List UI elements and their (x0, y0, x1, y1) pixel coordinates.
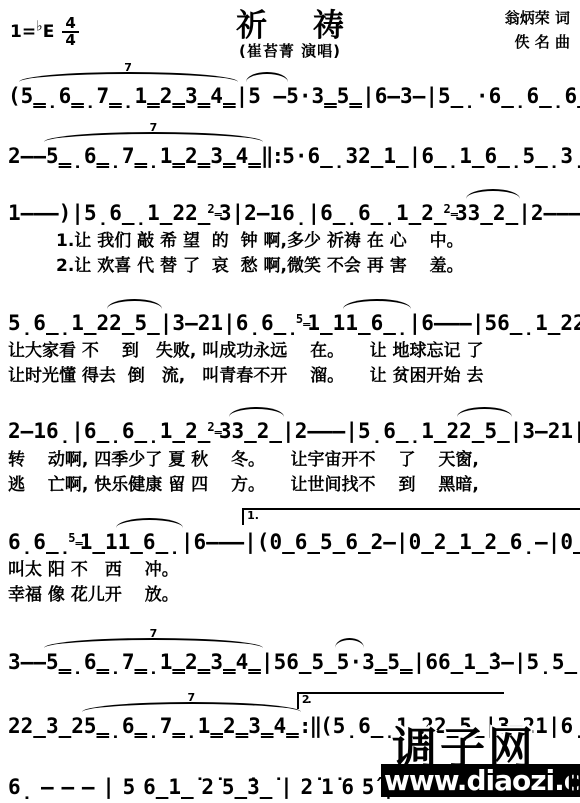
token-text: 0̲6̲ (269, 530, 320, 554)
note-token: ( (257, 528, 270, 556)
token-text: 5̲̣· (438, 84, 489, 108)
note-token: – (33, 648, 46, 676)
note-token: 6 (194, 528, 207, 556)
note-token: 3̳5̳ (311, 82, 362, 110)
token-text: 2 (71, 714, 84, 738)
note-token: 2 (447, 417, 460, 445)
barline: | (409, 309, 422, 337)
token-text: 2 (8, 144, 21, 168)
note-token: 6̲̣ (489, 82, 527, 110)
note-token: 6̣ (282, 199, 307, 227)
song-subtitle: (崔苔菁 演唱) (0, 40, 580, 61)
note-token: 6̣ (8, 773, 33, 801)
token-text: 2 (8, 714, 21, 738)
token-text: 3 (455, 201, 468, 225)
token-text: ‖: (261, 144, 282, 168)
note-token: 2 (8, 417, 21, 445)
notes-row: 1–––)|5̣6̲̣1̲22̲2̳3|2–16̣|6̲̣6̲̣1̲2̲2̳33… (0, 195, 580, 229)
slur-arc (457, 407, 512, 417)
system-3: 1–––)|5̣6̲̣1̲22̲2̳3|2–16̣|6̲̣6̲̣1̲2̲2̳33… (0, 195, 580, 279)
note-token: – (82, 773, 95, 801)
note-token: 6̲̣1̲ (383, 417, 446, 445)
note-token: – (569, 199, 580, 227)
slur-arc (246, 72, 288, 82)
token-text: ) (59, 201, 72, 225)
token-text: 2 (295, 419, 308, 443)
barline: | (280, 773, 293, 801)
token-text: 6̲̣ (261, 311, 299, 335)
token-text: – (307, 419, 320, 443)
token-text: 5· (286, 84, 311, 108)
note-token: 6̲̣ (261, 309, 299, 337)
note-token: 5 (123, 773, 136, 801)
note-token: 2̲3̲ (21, 712, 72, 740)
token-text: 2 (531, 201, 544, 225)
token-text: 6̲̣5̲̣ (485, 144, 561, 168)
token-text: 1̲2̲ (160, 419, 211, 443)
token-text: – (434, 311, 447, 335)
system-4: 5̣6̲̣1̲22̲5̲|3–21|6̣6̲̣5̳1̲11̲6̲̣|6–––|5… (0, 305, 580, 389)
note-token: – (434, 309, 447, 337)
token-text: 5̲̣6̲̣ (552, 650, 580, 674)
note-token: 1 (33, 417, 46, 445)
token-text: 1̇ (321, 775, 334, 799)
lyric-line: 让时光懂 得去 倒 流, 叫青春不开 溜。 让 贫困开始 去 (0, 364, 580, 389)
note-token: 1 (105, 528, 118, 556)
token-text: – (383, 530, 396, 554)
token-text: 3 (219, 201, 232, 225)
note-token: 5̣ (8, 309, 33, 337)
token-text: 6̲̣6̲̣ (320, 201, 396, 225)
note-token: – (501, 648, 514, 676)
token-text: 1̲ (307, 311, 332, 335)
token-text: 6̲̣1̲ (421, 144, 484, 168)
token-text: 1 (33, 419, 46, 443)
system-6: 6̣6̲̣5̳1̲11̲6̲̣|6–––|1.(0̲6̲5̲6̲2–|0̲2̲1… (0, 524, 580, 608)
note-token: – (33, 142, 46, 170)
token-text: – (544, 201, 557, 225)
note-token: 2 (71, 712, 84, 740)
header: 1=♭E44 祈祷 (崔苔菁 演唱) 翁炳荣 词 佚 名 曲 (0, 0, 580, 64)
token-text: 1 (535, 714, 548, 738)
token-text: 6 (341, 775, 354, 799)
watermark-site-url: www.diaozi.com (381, 764, 580, 797)
note-token: 5̳̣6̳̣7̳̣1̳2̳3̳4̳7 (84, 712, 299, 740)
token-text: – (219, 530, 232, 554)
token-text: – (535, 530, 548, 554)
token-text: – (33, 650, 46, 674)
barline: | (71, 199, 84, 227)
note-token: 1̲6̲̣ (345, 309, 408, 337)
token-text: – (21, 144, 34, 168)
note-token: ( (8, 82, 21, 110)
barline: | (307, 199, 320, 227)
token-text: 6 (194, 530, 207, 554)
note-token: 2 (295, 417, 308, 445)
note-token: 2̲ (573, 309, 580, 337)
token-text: 3 (172, 311, 185, 335)
slur-arc (343, 299, 410, 309)
note-token: 3 (172, 309, 185, 337)
note-token: 0̲6̲ (560, 528, 580, 556)
token-text: – (185, 311, 198, 335)
note-token: 2̲5̲ (109, 309, 160, 337)
tuplet-number: 7 (150, 627, 158, 642)
notes-row: 6̣6̲̣5̳1̲11̲6̲̣|6–––|1.(0̲6̲5̲6̲2–|0̲2̲1… (0, 524, 580, 558)
token-text: | (510, 419, 523, 443)
note-token: – (33, 199, 46, 227)
tuplet-number: 7 (188, 691, 196, 706)
note-token: 6̣ (560, 712, 580, 740)
note-token: 2 (8, 712, 21, 740)
notes-row: 2–16̣|6̲̣6̲̣1̲2̲2̳33̲2̲|2–––|5̣6̲̣1̲22̲5… (0, 413, 580, 447)
token-text: 6̣ (236, 311, 261, 335)
sheet-music-page: 1=♭E44 祈祷 (崔苔菁 演唱) 翁炳荣 词 佚 名 曲 (5̳̣6̳̣7̳… (0, 0, 580, 803)
token-text: 3̳5̳ (362, 650, 413, 674)
note-token: – (41, 773, 54, 801)
note-token: ( (320, 712, 333, 740)
note-token: 6̲̣6̲̣ (527, 82, 580, 110)
token-text: 5̳̣6̳̣7̳̣1̳2̳3̳4̳ (46, 650, 261, 674)
token-text: 1̲6̲̣ (118, 530, 181, 554)
token-text: 3 (8, 650, 21, 674)
volta-label: 2. (302, 693, 310, 708)
token-text: 5̳̣6̳̣7̳̣1̳2̳3̳4̳ (21, 84, 236, 108)
system-2: 2––5̳̣6̳̣7̳̣1̳2̳3̳4̳7‖:5·6̲̣32̲1̲|6̲̣1̲6… (0, 138, 580, 172)
note-token: 1 (269, 199, 282, 227)
barline: | (232, 199, 245, 227)
token-text: | (472, 311, 485, 335)
token-text: – (501, 650, 514, 674)
token-text: 3̣ (560, 144, 580, 168)
barline: | (472, 309, 485, 337)
token-text: 2 (447, 419, 460, 443)
token-text: ( (8, 84, 21, 108)
note-token: 0̲2̲ (409, 528, 460, 556)
note-token: – (61, 773, 74, 801)
token-text: 5̳̣6̳̣7̳̣1̳2̳3̳4̳ (46, 144, 261, 168)
note-token: 1̲6̲̣ (118, 528, 181, 556)
note-token: 3 (8, 648, 21, 676)
note-token: 3 (455, 199, 468, 227)
note-token: – (387, 82, 400, 110)
note-token: 6̲5̲ (286, 648, 337, 676)
lyric-line: 1.让 我们 敲 希 望 的 钟 啊,多少 祈祷 在 心 中。 (0, 229, 580, 254)
note-token: – (46, 199, 59, 227)
token-text: 1 (560, 419, 573, 443)
note-token: – (206, 528, 219, 556)
barline: | (409, 142, 422, 170)
token-text: 1 (210, 311, 223, 335)
token-text: | (71, 201, 84, 225)
note-token: 5̳̣6̳̣7̳̣1̳2̳3̳4̳7 (46, 142, 261, 170)
note-token: 5̲6̲ (320, 528, 371, 556)
note-token: 2 (244, 199, 257, 227)
token-text: | (282, 419, 295, 443)
barline: | (396, 528, 409, 556)
volta-label: 1. (247, 509, 259, 524)
token-text: 6̲1̲̇ (143, 775, 194, 799)
token-text: 2 (8, 419, 21, 443)
token-text: 3̲2̲ (231, 419, 282, 443)
token-text: | (244, 530, 257, 554)
token-text: | (232, 201, 245, 225)
note-token: 2 (97, 309, 110, 337)
token-text: 6̲̣1̲ (33, 311, 96, 335)
note-token: 2 (560, 309, 573, 337)
note-token: 6̲̣1̲ (497, 309, 560, 337)
token-text: 2̇ (201, 775, 214, 799)
token-text: 6̲̣6̲̣ (527, 84, 580, 108)
token-text: | (280, 775, 293, 799)
token-text: | (518, 201, 531, 225)
note-token: – (535, 417, 548, 445)
note-token: 6̲̣1̲ (421, 142, 484, 170)
token-text: 6 (375, 84, 388, 108)
token-text: 6̲̣1̲ (497, 311, 560, 335)
note-token: 1̇ (321, 773, 334, 801)
note-token: 3 (219, 199, 232, 227)
note-token: 1̲ (80, 528, 105, 556)
token-text: | (345, 419, 358, 443)
token-text: 6̣ (46, 419, 71, 443)
token-text: 6̣ (560, 714, 580, 738)
note-token: – (556, 199, 569, 227)
token-text: 2 (371, 530, 384, 554)
token-text: 6̲̣1̲ (109, 201, 172, 225)
repeat-barline: ‖: (261, 142, 282, 170)
lyric-line: 让大家看 不 到 失败, 叫成功永远 在。 让 地球忘记 了 (0, 339, 580, 364)
token-text: 6̲̣6̲̣ (84, 419, 160, 443)
lyric-line: 转 动啊, 四季少了 夏 秋 冬。 让宇宙开不 了 天窗, (0, 448, 580, 473)
note-token: – (21, 417, 34, 445)
note-token: – (413, 82, 426, 110)
token-text: 5̣ (527, 650, 552, 674)
token-text: – (206, 530, 219, 554)
token-text: 6̣ (8, 775, 33, 799)
lyric-line: 幸福 像 花儿开 放。 (0, 583, 580, 608)
note-token: – (231, 528, 244, 556)
token-text: – (387, 84, 400, 108)
token-text: :‖ (299, 714, 320, 738)
lyric-line: 逃 亡啊, 快乐健康 留 四 方。 让世间找不 到 黑暗, (0, 473, 580, 498)
note-token: 5· (337, 648, 362, 676)
note-token: – (185, 309, 198, 337)
note-token: 6 (375, 82, 388, 110)
note-token: 6̣ (236, 309, 261, 337)
barline: |1. (244, 528, 257, 556)
note-token: ) (59, 199, 72, 227)
note-token: 5̳̣6̳̣7̳̣1̳2̳3̳4̳7 (46, 648, 261, 676)
note-token: 1 (535, 712, 548, 740)
note-token: – (257, 199, 270, 227)
barline: | (261, 648, 274, 676)
token-text: 1 (8, 201, 21, 225)
note-token: 3 (345, 142, 358, 170)
token-text: – (82, 775, 95, 799)
note-token: 6̲1̲̇ (438, 648, 489, 676)
note-token: 3 (219, 417, 232, 445)
barline: | (518, 199, 531, 227)
token-text: 3̳5̳ (311, 84, 362, 108)
token-text: | (425, 84, 438, 108)
token-text: 2 (97, 311, 110, 335)
note-token: 1 (8, 199, 21, 227)
token-text: 5̲6̲ (320, 530, 371, 554)
token-text: | (548, 714, 561, 738)
token-text: 3 (219, 419, 232, 443)
token-text: 1 (269, 201, 282, 225)
composer-credit: 佚 名 曲 (505, 30, 570, 54)
note-token: 2 (531, 199, 544, 227)
token-text: 5· (337, 650, 362, 674)
token-text: 6̣ (510, 530, 535, 554)
note-token: 5 (484, 309, 497, 337)
barline: | (413, 648, 426, 676)
token-text: ( (320, 714, 333, 738)
note-token: 3 (489, 648, 502, 676)
note-token: 6̣ (8, 528, 33, 556)
token-text: – (21, 419, 34, 443)
note-token: 5 (274, 648, 287, 676)
note-token: – (535, 528, 548, 556)
note-token: 2 (371, 528, 384, 556)
slur-arc (229, 407, 284, 417)
token-text: 3 (345, 144, 358, 168)
lyricist-credit: 翁炳荣 词 (505, 6, 570, 30)
note-token: 6 (425, 648, 438, 676)
barline: | (425, 82, 438, 110)
note-token: 2̲5̲ (459, 417, 510, 445)
token-text: – (46, 201, 59, 225)
token-text: – (21, 650, 34, 674)
token-text: 2̇ (301, 775, 314, 799)
token-text: 3 (489, 650, 502, 674)
note-token: – (21, 648, 34, 676)
token-text: | (514, 650, 527, 674)
system-7: 3––5̳̣6̳̣7̳̣1̳2̳3̳4̳7|56̲5̲5·3̳5̳|66̲1̲̇… (0, 644, 580, 678)
token-text: | (573, 419, 580, 443)
note-token: 6̲̣ (33, 528, 71, 556)
barline: | (223, 309, 236, 337)
token-text: – (231, 530, 244, 554)
song-title: 祈祷 (0, 0, 580, 45)
repeat-barline: :‖2. (299, 712, 320, 740)
note-token: 5 – (248, 82, 286, 110)
token-text: 5 (484, 311, 497, 335)
barline: | (181, 528, 194, 556)
token-text: | (102, 775, 115, 799)
note-token: 0̲6̲ (269, 528, 320, 556)
token-text: 5 (274, 650, 287, 674)
note-token: – (21, 142, 34, 170)
note-token: 5̂ (362, 773, 375, 801)
token-text: | (413, 650, 426, 674)
system-1: (5̳̣6̳̣7̳̣1̳2̳3̳4̳7|5 –5·3̳5̳|6–3–|5̲̣·6… (0, 78, 580, 112)
system-5: 2–16̣|6̲̣6̲̣1̲2̲2̳33̲2̲|2–––|5̣6̲̣1̲22̲5… (0, 413, 580, 497)
token-text: 1̲ (80, 530, 105, 554)
note-token: 5̲̣6̲̣ (552, 648, 580, 676)
volta-bracket: 2. (297, 692, 504, 709)
slur-arc (107, 299, 162, 309)
note-token: 2̇ (201, 773, 214, 801)
barline: | (160, 309, 173, 337)
barline: | (510, 417, 523, 445)
note-token: 2 (8, 142, 21, 170)
note-token: 2 (198, 309, 211, 337)
volta-bracket: 1. (242, 508, 580, 525)
slur-arc (335, 638, 364, 648)
token-text: 2 (244, 201, 257, 225)
token-text: | (409, 144, 422, 168)
token-text: 5 – (248, 84, 286, 108)
note-token: 2 (172, 199, 185, 227)
note-token: – (307, 417, 320, 445)
note-token: 1 (560, 417, 573, 445)
token-text: ( (257, 530, 270, 554)
barline: | (573, 417, 580, 445)
note-token: – (447, 309, 460, 337)
token-text: 5̣ (358, 419, 383, 443)
token-text: 1̲2̲ (396, 201, 447, 225)
notes-row: 5̣6̲̣1̲22̲5̲|3–21|6̣6̲̣5̳1̲11̲6̲̣|6–––|5… (0, 305, 580, 339)
note-token: – (320, 417, 333, 445)
token-text: | (181, 530, 194, 554)
token-text: | (261, 650, 274, 674)
note-token: 6̣ (46, 417, 71, 445)
barline: | (548, 528, 561, 556)
barline: | (102, 773, 115, 801)
note-token: – (459, 309, 472, 337)
note-token: 1̲2̲ (160, 417, 211, 445)
token-text: – (447, 311, 460, 335)
note-token: 6̲̣5̲̣ (485, 142, 561, 170)
token-text: – (556, 201, 569, 225)
token-text: | (409, 311, 422, 335)
barline: | (236, 82, 249, 110)
lyric-line: 叫太 阳 不 西 冲。 (0, 558, 580, 583)
token-text: | (307, 201, 320, 225)
token-text: – (257, 201, 270, 225)
token-text: 2 (198, 311, 211, 335)
tuplet-number: 7 (150, 121, 158, 136)
note-token: 5̲̣· (438, 82, 489, 110)
note-token: 1 (333, 309, 346, 337)
token-text: 5̣ (8, 311, 33, 335)
token-text: 6 (425, 650, 438, 674)
token-text: 6̲̣ (489, 84, 527, 108)
token-text: 5̣ (84, 201, 109, 225)
note-token: 1̲2̲ (396, 199, 447, 227)
note-token: 2̲1̲ (358, 142, 409, 170)
barline: | (71, 417, 84, 445)
token-text: 0̲6̲ (560, 530, 580, 554)
barline: | (282, 417, 295, 445)
note-token: – (544, 199, 557, 227)
notes-row: 2––5̳̣6̳̣7̳̣1̳2̳3̳4̳7‖:5·6̲̣32̲1̲|6̲̣1̲6… (0, 138, 580, 172)
token-text: 5 (123, 775, 136, 799)
token-text: 5̂ (362, 775, 375, 799)
token-text: 6̲5̲ (286, 650, 337, 674)
token-text: 3 (522, 419, 535, 443)
note-token: – (21, 199, 34, 227)
note-token: 5̲̇3̲̇ (222, 773, 273, 801)
token-text: – (41, 775, 54, 799)
note-token: 6̲̣6̲̣ (84, 417, 160, 445)
token-text: | (548, 530, 561, 554)
token-text: 2̲ (573, 311, 580, 335)
token-text: – (33, 201, 46, 225)
